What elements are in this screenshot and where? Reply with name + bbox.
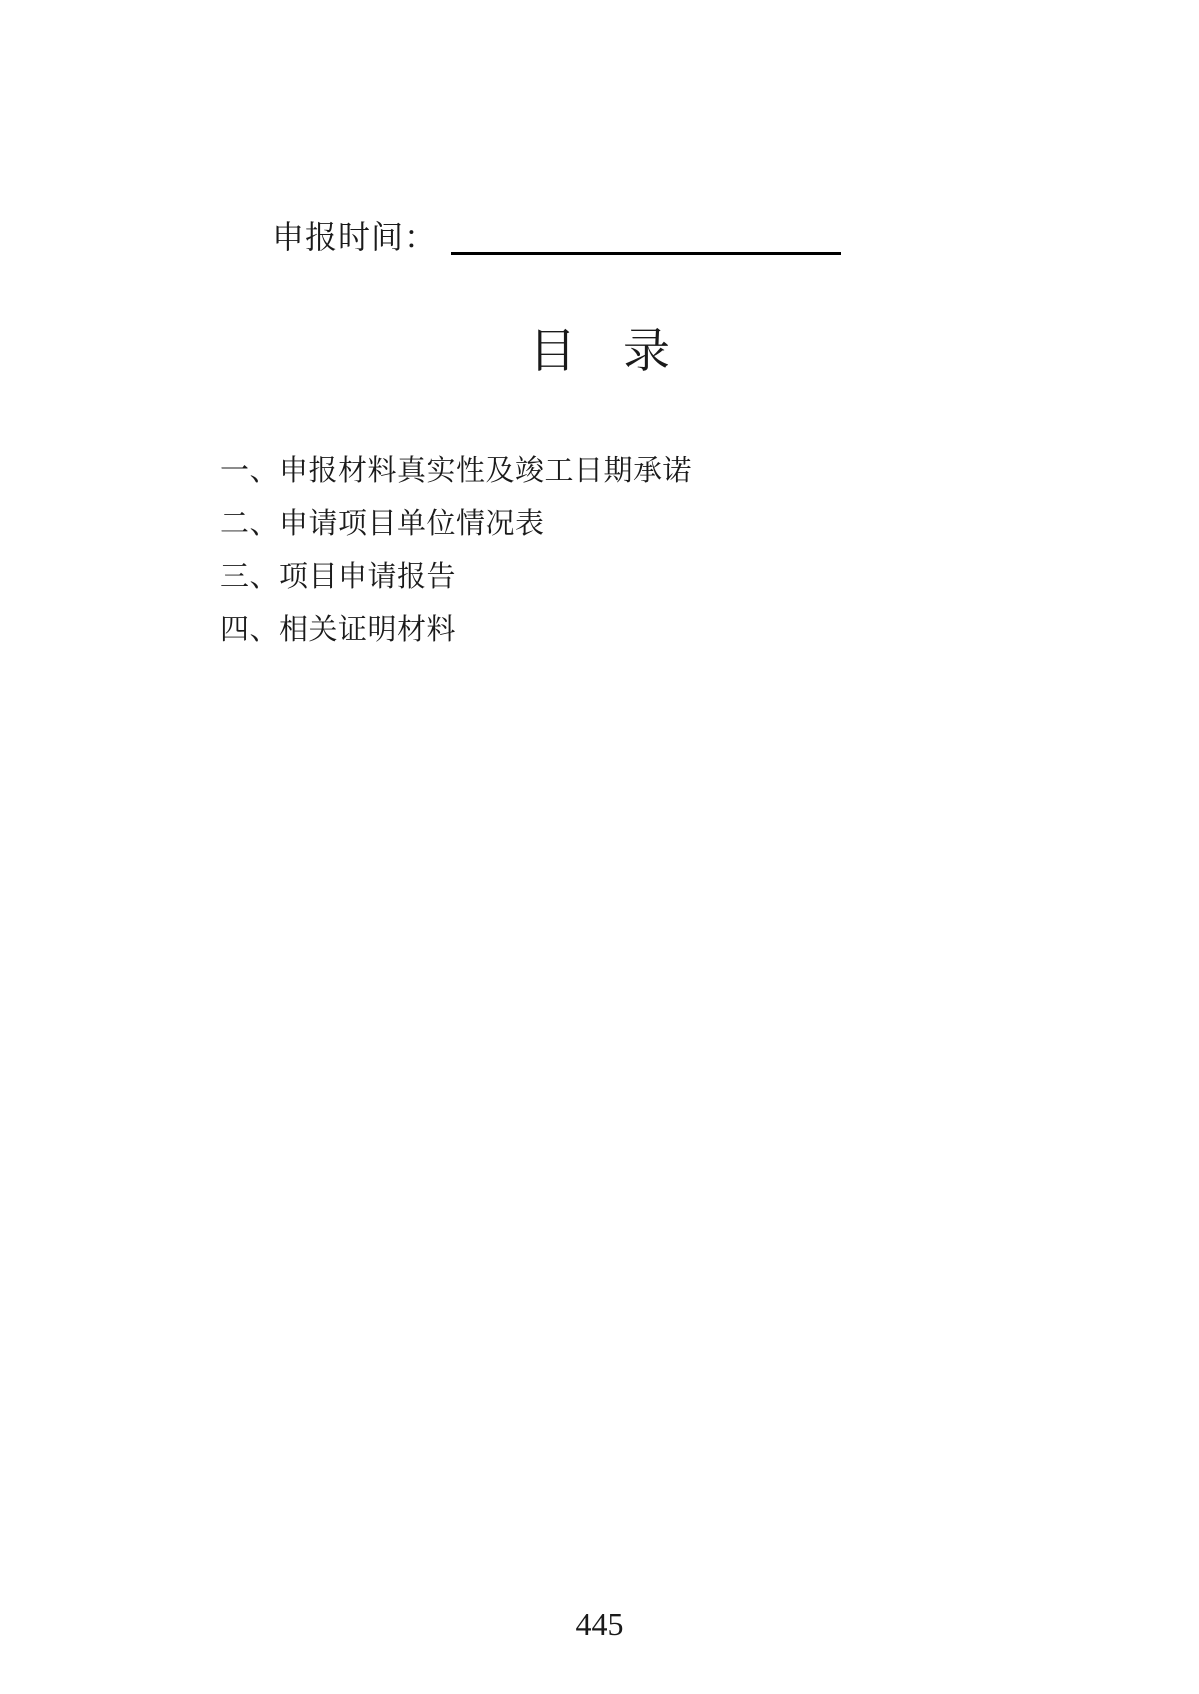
toc-item-commitment: 一、申报材料真实性及竣工日期承诺 — [220, 442, 692, 495]
toc-item-application-report: 三、项目申请报告 — [220, 548, 692, 601]
toc-list: 一、申报材料真实性及竣工日期承诺 二、申请项目单位情况表 三、项目申请报告 四、… — [220, 442, 692, 654]
application-date-label: 申报时间： — [272, 218, 437, 256]
toc-item-unit-info-table: 二、申请项目单位情况表 — [220, 495, 692, 548]
page-number: 445 — [0, 1606, 1199, 1643]
toc-title: 目 录 — [0, 326, 1199, 378]
toc-item-supporting-materials: 四、相关证明材料 — [220, 601, 692, 654]
document-page: 申报时间： 目 录 一、申报材料真实性及竣工日期承诺 二、申请项目单位情况表 三… — [0, 0, 1199, 1694]
application-date-blank-line — [451, 218, 841, 255]
application-date-row: 申报时间： — [272, 218, 841, 256]
